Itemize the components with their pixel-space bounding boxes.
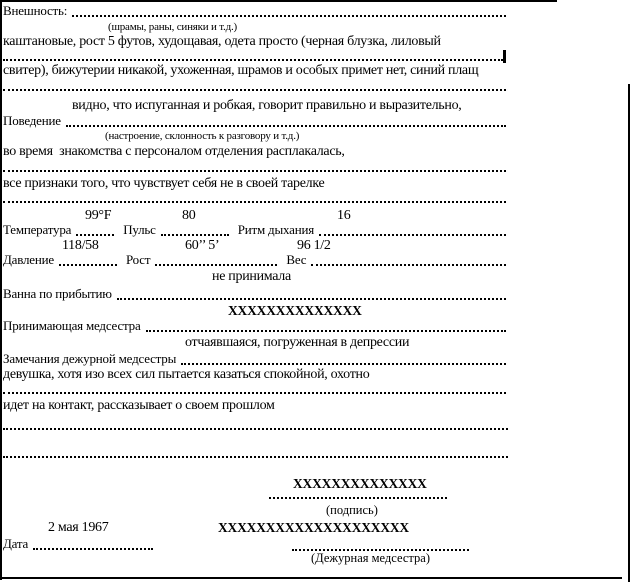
page-border-top <box>0 0 557 2</box>
pressure-blank <box>59 263 117 266</box>
pressure-label: Давление <box>3 252 54 268</box>
signature-hint: (подпись) <box>326 503 378 518</box>
remarks-blank <box>181 362 506 365</box>
bath-label: Ванна по прибытию <box>3 286 112 302</box>
appearance-blank <box>72 14 506 17</box>
remarks-field: Замечания дежурной медсестры <box>3 352 506 367</box>
pulse-blank <box>161 233 229 236</box>
bath-field: Ванна по прибытию <box>3 287 506 302</box>
temperature-value: 99°F <box>85 208 111 223</box>
behavior-label: Поведение <box>3 113 61 129</box>
blank-dotted-line <box>3 58 503 61</box>
page-border-left <box>0 0 2 580</box>
signature-blank <box>269 496 447 499</box>
page-border-right <box>628 84 630 582</box>
appearance-hint: (шрамы, раны, синяки и т.д.) <box>108 21 237 33</box>
pressure-value: 118/58 <box>62 238 99 253</box>
height-value: 60’’ 5’ <box>185 238 219 253</box>
text-caret <box>503 50 506 63</box>
behavior-value-line-2: все признаки того, что чувствует себя не… <box>3 176 324 191</box>
date-field: Дата <box>3 537 153 552</box>
admitting-nurse-crossed-value: XXXXXXXXXXXXXX <box>228 303 362 318</box>
duty-nurse-crossed-value: XXXXXXXXXXXXXXXXXXXX <box>218 520 409 535</box>
breathing-value: 16 <box>337 208 350 223</box>
behavior-blank <box>66 124 506 127</box>
remarks-label: Замечания дежурной медсестры <box>3 351 176 367</box>
appearance-label: Внешность: <box>3 3 67 19</box>
page-border-bottom <box>0 577 622 579</box>
remarks-value-line-2: идет на контакт, рассказывает о своем пр… <box>3 398 275 413</box>
blank-dotted-line <box>3 427 508 430</box>
appearance-value-line-2: свитер), бижутерии никакой, ухоженная, ш… <box>3 63 478 78</box>
admitting-nurse-label: Принимающая медсестра <box>3 318 141 334</box>
date-value: 2 мая 1967 <box>48 520 108 535</box>
blank-dotted-line <box>3 200 506 203</box>
date-blank <box>33 547 153 550</box>
admitting-nurse-blank <box>146 329 506 332</box>
date-label: Дата <box>3 536 28 552</box>
admitting-nurse-field: Принимающая медсестра <box>3 319 506 334</box>
pulse-label: Пульс <box>123 222 156 238</box>
admission-form-page[interactable]: Внешность: (шрамы, раны, синяки и т.д.) … <box>0 0 634 582</box>
signature-crossed-value: XXXXXXXXXXXXXX <box>293 476 427 491</box>
vitals-row-1: Температура Пульс Ритм дыхания <box>3 223 506 238</box>
appearance-blank-row <box>3 48 506 63</box>
blank-dotted-line <box>3 88 506 91</box>
behavior-value-above: видно, что испуганная и робкая, говорит … <box>72 98 461 113</box>
weight-value: 96 1/2 <box>297 238 331 253</box>
weight-blank <box>311 263 506 266</box>
bath-value: не принимала <box>212 269 291 284</box>
height-label: Рост <box>126 252 150 268</box>
duty-nurse-signature-hint: (Дежурная медсестра) <box>311 551 430 566</box>
remarks-value-above: отчаявшаяся, погруженная в депрессии <box>185 335 409 350</box>
remarks-value-line-1: девушка, хотя изо всех сил пытается каза… <box>3 367 369 382</box>
vitals-row-2: Давление Рост Вес <box>3 253 506 268</box>
temperature-label: Температура <box>3 222 71 238</box>
blank-dotted-line <box>3 391 506 394</box>
behavior-value-line-1: во время знакомства с персоналом отделен… <box>3 144 345 159</box>
behavior-field: Поведение <box>3 114 506 129</box>
blank-dotted-line <box>3 455 508 458</box>
bath-blank <box>117 297 506 300</box>
height-blank <box>155 263 277 266</box>
appearance-value-line-1: каштановые, рост 5 футов, худощавая, оде… <box>3 34 441 49</box>
behavior-hint: (настроение, склонность к разговору и т.… <box>105 130 299 142</box>
pulse-value: 80 <box>182 208 195 223</box>
breathing-label: Ритм дыхания <box>238 222 314 238</box>
appearance-field: Внешность: <box>3 4 506 19</box>
breathing-blank <box>319 233 506 236</box>
weight-label: Вес <box>286 252 306 268</box>
blank-dotted-line <box>3 169 506 172</box>
temperature-blank <box>76 233 114 236</box>
